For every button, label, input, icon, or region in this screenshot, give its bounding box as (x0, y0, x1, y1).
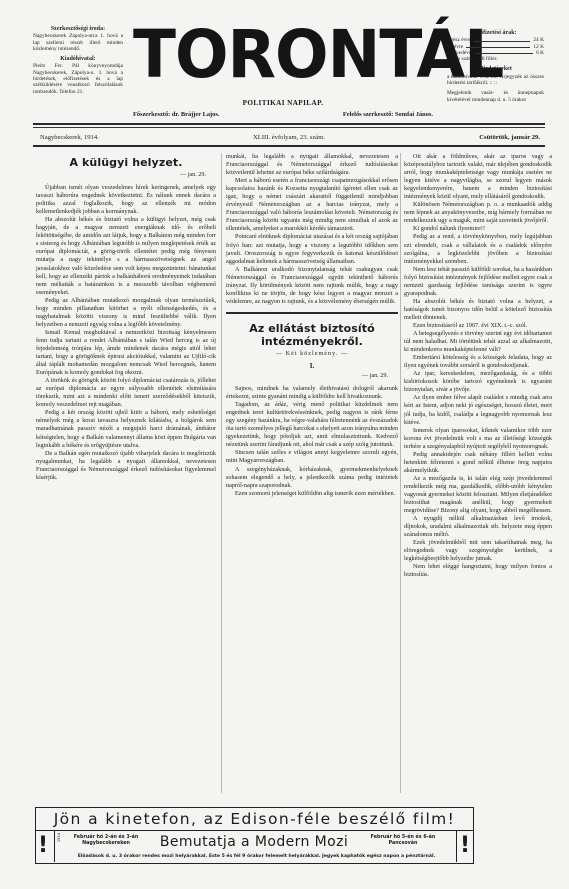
price-value: 6 K (536, 50, 544, 56)
editorial-office-box: Szerkesztőségi iroda: Nagybecskerek Zápo… (33, 26, 123, 99)
ad-vertical-note: 1914 (57, 833, 61, 842)
ad-divider (456, 831, 457, 862)
article-headline: A külügyi helyzet. (36, 156, 216, 169)
article-date: — jan. 29. (226, 372, 388, 380)
office-text: Nagybecskerek Zápolya-utca 1. hová a lap… (33, 33, 123, 52)
article-part-number: I. (226, 362, 398, 370)
volume-issue: XLIII. évfolyam, 23. szám. (253, 134, 325, 141)
article-paragraph: A Balkánon uralkodó bizonytalanság tehát… (226, 266, 398, 306)
editors-line: Főszerkesztő: dr. Brájjer Lajos. Felelős… (133, 111, 433, 118)
ad-divider (54, 831, 55, 862)
dateline: Nagybecskerek, 1914. XLIII. évfolyam, 23… (40, 134, 540, 141)
article-paragraph: Az ipar, kereskedelem, mezőgazdaság, és … (404, 370, 552, 394)
article-headline: Az ellátást biztosító intézményekről. (226, 322, 398, 348)
column-2: munkát, ha legalább a nyugati államokkal… (226, 153, 398, 798)
article-paragraph: Sincsen talán széles e világon annyi keg… (226, 449, 398, 465)
article-paragraph: Ha abszolút békés és biztató volna a kül… (36, 216, 216, 296)
article-date: — jan. 29. (36, 171, 206, 179)
article-paragraph: A nyugdíj nélkül alkalmazásban levő irno… (404, 515, 552, 539)
article-paragraph: A szegényházaknak, kórházaknak, gyermekm… (226, 466, 398, 490)
ads-title: Hirdetéseket (447, 66, 544, 72)
ad-footer: Előadások d. u. 3 órakor rendes mozi hel… (60, 854, 453, 859)
ad-left-date: Február hó 2-án és 3-án Nagybecskereken (66, 835, 146, 847)
article-paragraph: Ezen szomorú jelenséget külföldön alig i… (226, 490, 398, 498)
article-paragraph: Pedig az a rend, a törvénykönyvben, mely… (404, 233, 552, 265)
office-title: Szerkesztőségi iroda: (33, 26, 123, 32)
column-divider (400, 153, 401, 793)
masthead-rule (33, 123, 545, 125)
article-paragraph: Ki gondol nálunk ilyesmire!! (404, 225, 552, 233)
article-paragraph: Nem lesz tehát passzió külföldi sorokat,… (404, 266, 552, 298)
masthead: Szerkesztőségi iroda: Nagybecskerek Zápo… (0, 0, 569, 132)
single-copy-price: Egyes szám ára 8 fillér. (447, 56, 544, 62)
article-paragraph: Pedig a két ország között ujból kitör a … (36, 409, 216, 449)
article-subhead: — Két közlemény. — (226, 350, 398, 358)
article-paragraph: Mert a háború esetén a franciaországi cs… (226, 177, 398, 233)
article-paragraph: Ezek jövedelmükből mit sem takaríthatnak… (404, 539, 552, 563)
article-paragraph: Sajnos, mindnek ha valamely élethivatású… (226, 385, 398, 401)
article-separator (226, 312, 398, 314)
article-paragraph: Az a mezőgazda is, ki talán elég szép jö… (404, 475, 552, 515)
newspaper-page: Szerkesztőségi iroda: Nagybecskerek Zápo… (0, 0, 569, 889)
schedule-text: Megjelenik vasár- és ünnepnapok kivételé… (447, 90, 544, 103)
ad-headline: Jön a kinetefon, az Edison-féle beszélő … (36, 808, 473, 831)
article-paragraph: Újabban ismét olyan veszedelmes hírek ke… (36, 184, 216, 216)
article-paragraph: Tagadom, az ádáz, vérig menő politikai k… (226, 401, 398, 449)
article-paragraph: A betegsegélyezés e törvény szerint egy … (404, 330, 552, 354)
article-paragraph: De a Balkán egén mutatkozó újabb viharje… (36, 450, 216, 482)
article-paragraph: Ott akár a földműves, akár az iparos vag… (404, 153, 552, 201)
ad-center-text: Bemutatja a Modern Mozi (154, 833, 354, 851)
publisher-text: Pleitz Fer. Pál könyvnyomdája Nagybecske… (33, 63, 123, 94)
editor-in-chief: Főszerkesztő: dr. Brájjer Lajos. (133, 111, 219, 118)
kinetophone-advertisement: Jön a kinetefon, az Edison-féle beszélő … (35, 807, 474, 864)
exclamation-icon: ! (460, 834, 470, 858)
article-paragraph: Különösen Németországban p. o. a munkaad… (404, 201, 552, 225)
column-divider (221, 153, 222, 793)
masthead-rule-thin (33, 127, 545, 128)
column-1: A külügyi helyzet. — jan. 29. Újabban is… (36, 153, 216, 798)
prices-title: Előfizetési árak: (447, 30, 544, 36)
newspaper-subtitle: POLITIKAI NAPILAP. (133, 99, 433, 107)
exclamation-icon: ! (38, 834, 48, 858)
article-paragraph: Az ilyen ember félve alapít családot s m… (404, 394, 552, 426)
article-paragraph: Pedig annakidején csak néhány fillért ke… (404, 451, 552, 475)
article-paragraph: Ha abszolút békés és biztató volna a hel… (404, 298, 552, 322)
column-3: Ott akár a földműves, akár az iparos vag… (404, 153, 552, 798)
article-paragraph: Poincaré elnöknek diplomáciai utazásai é… (226, 233, 398, 265)
ad-body: ! 1914 Február hó 2-án és 3-án Nagybecsk… (36, 831, 473, 862)
dateline-rule (33, 145, 545, 147)
newspaper-title: TORONTÁL (133, 21, 433, 90)
article-paragraph: Ezen biztosításról az 1907. évi XIX. t.-… (404, 322, 552, 330)
article-paragraph: Nem lehet eléggé hangoztatni, hogy milye… (404, 563, 552, 579)
subscription-box: Előfizetési árak: Egész évre 24 K Félévr… (447, 30, 544, 107)
article-paragraph: Ismail Kemal megbuktával a nemzetközi bi… (36, 329, 216, 377)
article-paragraph: munkát, ha legalább a nyugati államokkal… (226, 153, 398, 177)
issue-date: Csütörtök, január 29. (479, 134, 540, 141)
responsible-editor: Felelős szerkesztő: Somfai János. (343, 111, 433, 118)
article-paragraph: A törökök és görögök között folyó diplom… (36, 377, 216, 409)
ad-right-date: Február hó 5-én és 6-án Pancsován (363, 835, 443, 847)
ads-text: a kiadóhivatal vesz föl. Árjegyzék az ös… (447, 74, 544, 87)
article-paragraph: Ismerek olyan iparosokat, kiknek valamik… (404, 427, 552, 451)
article-paragraph: Pedig az Albániában mutatkozó mozgalmak … (36, 297, 216, 329)
place-year: Nagybecskerek, 1914. (40, 134, 99, 141)
publisher-title: Kiadóhivatal: (33, 56, 123, 62)
article-paragraph: Embertársi kötelesség és a községek fela… (404, 354, 552, 370)
